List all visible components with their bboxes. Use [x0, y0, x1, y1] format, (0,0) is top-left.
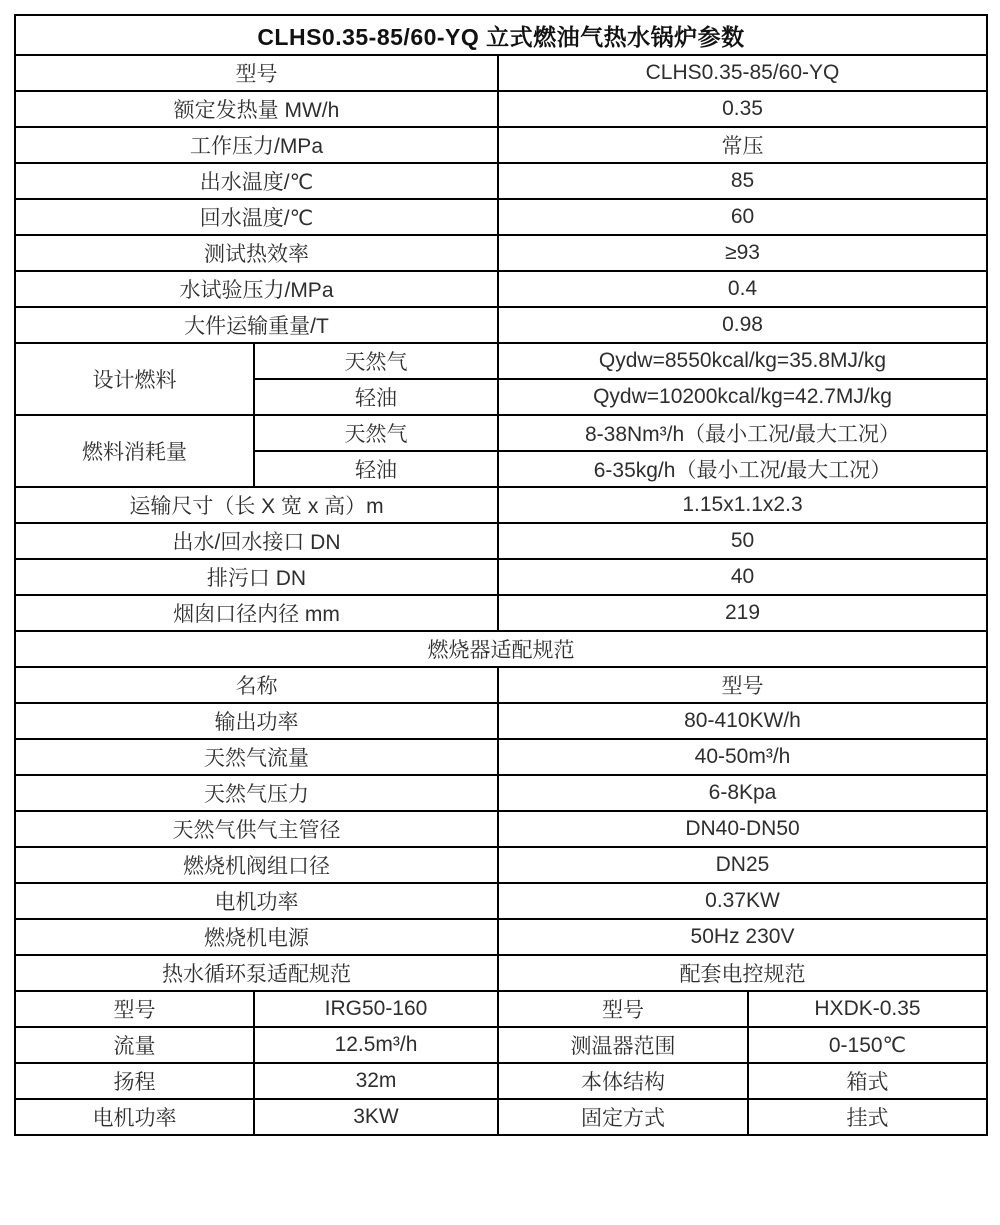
- param-label: 额定发热量 MW/h: [15, 91, 498, 127]
- fuel-value: 8-38Nm³/h（最小工况/最大工况）: [498, 415, 987, 451]
- param-value: 6-8Kpa: [498, 775, 987, 811]
- fuel-value: Qydw=8550kcal/kg=35.8MJ/kg: [498, 343, 987, 379]
- param-label: 大件运输重量/T: [15, 307, 498, 343]
- fuel-type-label: 天然气: [254, 343, 498, 379]
- param-value: 40-50m³/h: [498, 739, 987, 775]
- param-label: 工作压力/MPa: [15, 127, 498, 163]
- fuel-value: 6-35kg/h（最小工况/最大工况）: [498, 451, 987, 487]
- table-row: 流量 12.5m³/h 测温器范围 0-150℃: [15, 1027, 987, 1063]
- table-row: 扬程 32m 本体结构 箱式: [15, 1063, 987, 1099]
- table-row: 天然气压力 6-8Kpa: [15, 775, 987, 811]
- control-value: 箱式: [748, 1063, 987, 1099]
- control-value: HXDK-0.35: [748, 991, 987, 1027]
- param-value: CLHS0.35-85/60-YQ: [498, 55, 987, 91]
- table-row: 燃烧机电源 50Hz 230V: [15, 919, 987, 955]
- table-row: 工作压力/MPa 常压: [15, 127, 987, 163]
- param-label: 测试热效率: [15, 235, 498, 271]
- pump-label: 电机功率: [15, 1099, 254, 1135]
- table-row: 出水/回水接口 DN 50: [15, 523, 987, 559]
- control-value: 0-150℃: [748, 1027, 987, 1063]
- fuel-value: Qydw=10200kcal/kg=42.7MJ/kg: [498, 379, 987, 415]
- param-label: 排污口 DN: [15, 559, 498, 595]
- pump-value: 12.5m³/h: [254, 1027, 498, 1063]
- param-value: 80-410KW/h: [498, 703, 987, 739]
- boiler-spec-table-container: CLHS0.35-85/60-YQ 立式燃油气热水锅炉参数 型号 CLHS0.3…: [14, 14, 988, 1136]
- param-label: 电机功率: [15, 883, 498, 919]
- param-label: 出水/回水接口 DN: [15, 523, 498, 559]
- param-value: 型号: [498, 667, 987, 703]
- pump-value: 3KW: [254, 1099, 498, 1135]
- control-label: 固定方式: [498, 1099, 748, 1135]
- table-row: 天然气流量 40-50m³/h: [15, 739, 987, 775]
- table-row: 名称 型号: [15, 667, 987, 703]
- pump-section-header: 热水循环泵适配规范: [15, 955, 498, 991]
- param-value: 0.98: [498, 307, 987, 343]
- param-label: 回水温度/℃: [15, 199, 498, 235]
- param-value: 常压: [498, 127, 987, 163]
- control-label: 测温器范围: [498, 1027, 748, 1063]
- control-label: 型号: [498, 991, 748, 1027]
- param-label: 型号: [15, 55, 498, 91]
- param-value: 219: [498, 595, 987, 631]
- boiler-spec-table: CLHS0.35-85/60-YQ 立式燃油气热水锅炉参数 型号 CLHS0.3…: [14, 14, 988, 1136]
- param-label: 水试验压力/MPa: [15, 271, 498, 307]
- param-value: 1.15x1.1x2.3: [498, 487, 987, 523]
- table-row: 烟囱口径内径 mm 219: [15, 595, 987, 631]
- table-row: 出水温度/℃ 85: [15, 163, 987, 199]
- control-value: 挂式: [748, 1099, 987, 1135]
- control-label: 本体结构: [498, 1063, 748, 1099]
- param-value: DN25: [498, 847, 987, 883]
- param-value: 0.37KW: [498, 883, 987, 919]
- pump-label: 扬程: [15, 1063, 254, 1099]
- param-value: 85: [498, 163, 987, 199]
- burner-section-header: 燃烧器适配规范: [15, 631, 987, 667]
- param-label: 运输尺寸（长 X 宽 x 高）m: [15, 487, 498, 523]
- param-value: ≥93: [498, 235, 987, 271]
- burner-section-header-row: 燃烧器适配规范: [15, 631, 987, 667]
- pump-label: 型号: [15, 991, 254, 1027]
- param-value: 0.4: [498, 271, 987, 307]
- table-row: 型号 CLHS0.35-85/60-YQ: [15, 55, 987, 91]
- param-label: 出水温度/℃: [15, 163, 498, 199]
- table-row: 大件运输重量/T 0.98: [15, 307, 987, 343]
- table-title: CLHS0.35-85/60-YQ 立式燃油气热水锅炉参数: [15, 15, 987, 55]
- param-label: 燃烧机阀组口径: [15, 847, 498, 883]
- param-value: 50Hz 230V: [498, 919, 987, 955]
- fuel-group-label: 燃料消耗量: [15, 415, 254, 487]
- fuel-group-row: 设计燃料 天然气 Qydw=8550kcal/kg=35.8MJ/kg: [15, 343, 987, 379]
- table-row: 天然气供气主管径 DN40-DN50: [15, 811, 987, 847]
- pump-label: 流量: [15, 1027, 254, 1063]
- param-label: 天然气供气主管径: [15, 811, 498, 847]
- param-label: 烟囱口径内径 mm: [15, 595, 498, 631]
- table-row: 燃烧机阀组口径 DN25: [15, 847, 987, 883]
- fuel-group-row: 燃料消耗量 天然气 8-38Nm³/h（最小工况/最大工况）: [15, 415, 987, 451]
- table-row: 输出功率 80-410KW/h: [15, 703, 987, 739]
- fuel-type-label: 天然气: [254, 415, 498, 451]
- param-label: 输出功率: [15, 703, 498, 739]
- pump-value: 32m: [254, 1063, 498, 1099]
- fuel-type-label: 轻油: [254, 379, 498, 415]
- control-section-header: 配套电控规范: [498, 955, 987, 991]
- pump-value: IRG50-160: [254, 991, 498, 1027]
- param-value: 60: [498, 199, 987, 235]
- param-label: 天然气流量: [15, 739, 498, 775]
- table-row: 热水循环泵适配规范 配套电控规范: [15, 955, 987, 991]
- param-value: 0.35: [498, 91, 987, 127]
- table-row: 测试热效率 ≥93: [15, 235, 987, 271]
- fuel-type-label: 轻油: [254, 451, 498, 487]
- table-title-row: CLHS0.35-85/60-YQ 立式燃油气热水锅炉参数: [15, 15, 987, 55]
- table-row: 电机功率 0.37KW: [15, 883, 987, 919]
- param-label: 燃烧机电源: [15, 919, 498, 955]
- param-label: 名称: [15, 667, 498, 703]
- table-row: 型号 IRG50-160 型号 HXDK-0.35: [15, 991, 987, 1027]
- table-row: 排污口 DN 40: [15, 559, 987, 595]
- fuel-group-label: 设计燃料: [15, 343, 254, 415]
- table-row: 运输尺寸（长 X 宽 x 高）m 1.15x1.1x2.3: [15, 487, 987, 523]
- param-value: 50: [498, 523, 987, 559]
- table-row: 回水温度/℃ 60: [15, 199, 987, 235]
- param-value: 40: [498, 559, 987, 595]
- param-value: DN40-DN50: [498, 811, 987, 847]
- table-row: 水试验压力/MPa 0.4: [15, 271, 987, 307]
- table-row: 电机功率 3KW 固定方式 挂式: [15, 1099, 987, 1135]
- param-label: 天然气压力: [15, 775, 498, 811]
- table-row: 额定发热量 MW/h 0.35: [15, 91, 987, 127]
